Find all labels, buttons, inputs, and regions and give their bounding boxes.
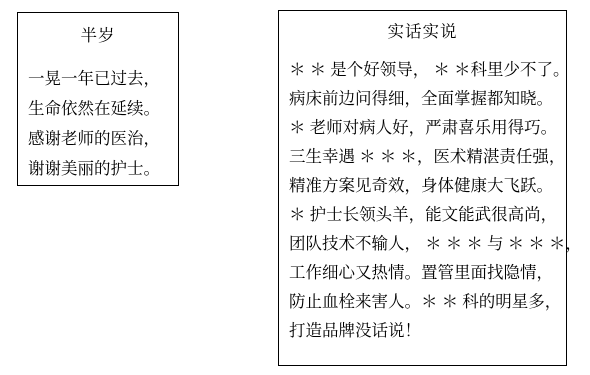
poem-line: 工作细心又热情。置管里面找隐情， <box>289 258 556 287</box>
right-textbox-body: ＊ ＊ 是个好领导， ＊ ＊科里少不了。 病床前边问得细，全面掌握都知晓。 ＊ … <box>279 55 566 345</box>
left-textbox-body: 一晃一年已过去， 生命依然在延续。 感谢老师的医治， 谢谢美丽的护士。 <box>18 64 178 184</box>
right-textbox-title: 实话实说 <box>279 21 566 43</box>
poem-line: 精准方案见奇效，身体健康大飞跃。 <box>289 171 556 200</box>
right-textbox: 实话实说 ＊ ＊ 是个好领导， ＊ ＊科里少不了。 病床前边问得细，全面掌握都知… <box>278 10 567 366</box>
poem-line: ＊ ＊ 是个好领导， ＊ ＊科里少不了。 <box>289 55 556 84</box>
poem-line: 三生幸遇 ＊ ＊ ＊，医术精湛责任强， <box>289 142 556 171</box>
poem-line: ＊ 老师对病人好，严肃喜乐用得巧。 <box>289 113 556 142</box>
poem-line: 防止血栓来害人。＊ ＊ 科的明星多， <box>289 287 556 316</box>
poem-line: 感谢老师的医治， <box>28 124 168 154</box>
poem-line: 团队技术不输人， ＊ ＊ ＊ 与 ＊ ＊ ＊， <box>289 229 556 258</box>
poem-line: 一晃一年已过去， <box>28 64 168 94</box>
poem-line: 打造品牌没话说！ <box>289 316 556 345</box>
left-textbox-title: 半岁 <box>18 25 178 47</box>
poem-line: ＊ 护士长领头羊，能文能武很高尚， <box>289 200 556 229</box>
left-textbox: 半岁 一晃一年已过去， 生命依然在延续。 感谢老师的医治， 谢谢美丽的护士。 <box>17 12 179 186</box>
poem-line: 病床前边问得细，全面掌握都知晓。 <box>289 84 556 113</box>
poem-line: 生命依然在延续。 <box>28 94 168 124</box>
poem-line: 谢谢美丽的护士。 <box>28 154 168 184</box>
